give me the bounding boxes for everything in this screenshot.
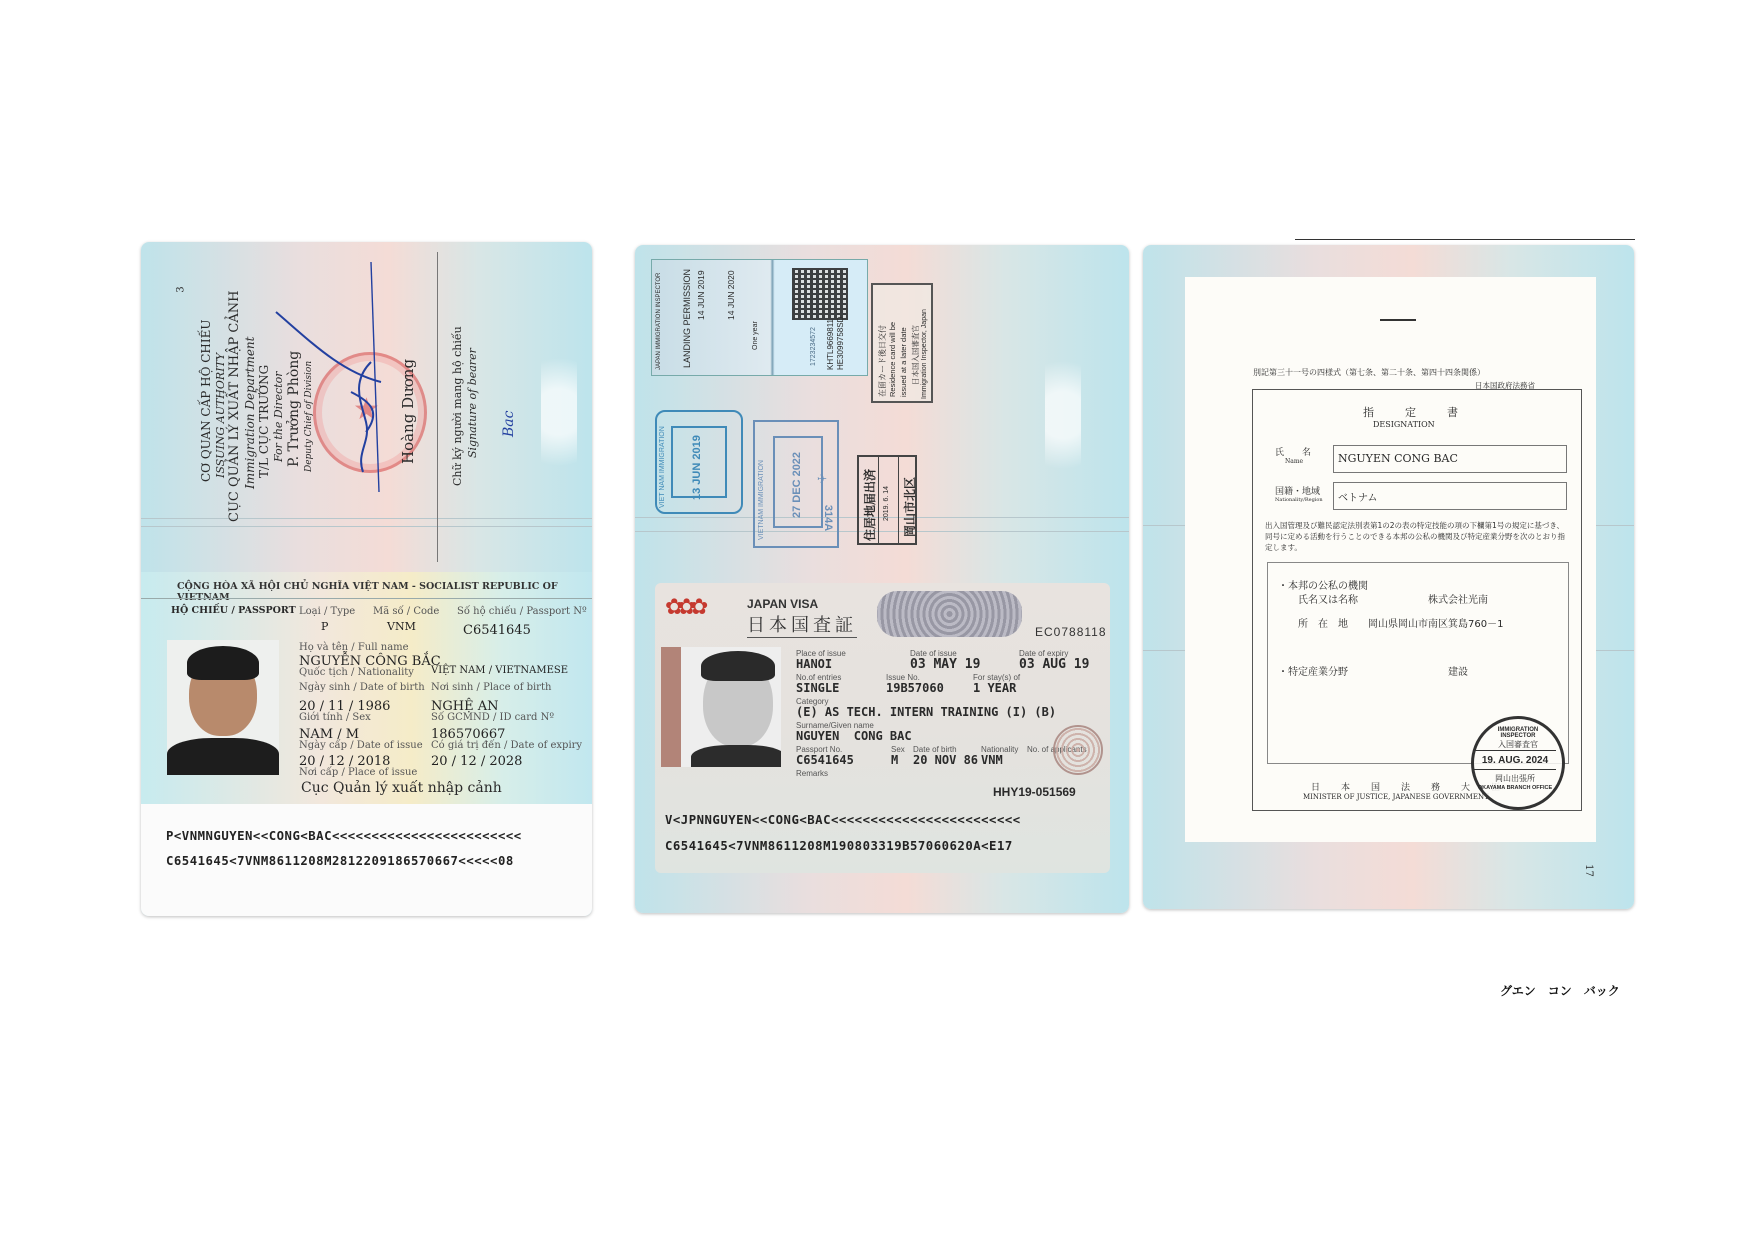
- issuing-authority-en: ISSUING AUTHORITY: [214, 353, 227, 478]
- passport-designation-page: 17 別記第三十一号の四様式（第七条、第二十条、第四十四条関係） 日本国政府法務…: [1143, 245, 1634, 909]
- residence-line-1: 在留カード後日交付: [877, 325, 888, 397]
- residence-line-3: issued at a later date: [899, 327, 908, 397]
- mrz-line-1: P<VNMNGUYEN<<CONG<BAC<<<<<<<<<<<<<<<<<<<…: [166, 829, 522, 843]
- org-address: 岡山県岡山市南区箕島760－1: [1368, 615, 1503, 630]
- code-value: VNM: [387, 620, 416, 633]
- vn-exit-stamp: VIET NAM IMMIGRATION 13 JUN 2019: [655, 410, 743, 514]
- nat-label-jp: 国籍・地域: [1275, 484, 1320, 497]
- place-of-issue: Cục Quản lý xuất nhập cảnh: [301, 780, 502, 796]
- decorative-cloud-icon: [1045, 340, 1081, 490]
- dob-label: Ngày sinh / Date of birth: [299, 682, 425, 693]
- visa-mrz-line-1: V<JPNNGUYEN<<CONG<BAC<<<<<<<<<<<<<<<<<<<…: [665, 813, 1021, 827]
- address-stamp-line-3: 岡山市北区: [901, 477, 918, 537]
- sticker-title: JAPAN IMMIGRATION INSPECTOR: [656, 273, 662, 370]
- stamp-jp: 入国審査官: [1474, 739, 1562, 750]
- stamp-office-en: OKAYAMA BRANCH OFFICE: [1474, 785, 1556, 791]
- designation-paragraph: 出入国管理及び難民認定法別表第1の2の表の特定技能の項の下欄第1号の規定に基づき…: [1265, 520, 1565, 553]
- issuing-authority-vi: CƠ QUAN CẤP HỘ CHIẾU: [199, 319, 213, 482]
- data-page: CỘNG HÒA XÃ HỘI CHỦ NGHĨA VIỆT NAM - SOC…: [141, 572, 592, 916]
- doe: 20 / 12 / 2028: [431, 754, 522, 769]
- mrz-zone: P<VNMNGUYEN<<CONG<BAC<<<<<<<<<<<<<<<<<<<…: [141, 804, 592, 916]
- holder-photo: [167, 640, 279, 775]
- issuing-authority-page: 3 ★ CƠ QUAN CẤP HỘ CHIẾU ISSUING AUTHORI…: [141, 242, 592, 572]
- hologram: [877, 591, 1022, 637]
- decorative-cloud-icon: [541, 337, 577, 487]
- org-heading: ・本邦の公私の機関: [1278, 577, 1368, 592]
- visa-stay: 1 YEAR: [973, 681, 1016, 695]
- visa-seal: [1053, 725, 1103, 775]
- visa-remarks-code: HHY19-051569: [993, 785, 1076, 799]
- designation-box: 指 定 書 DESIGNATION 氏 名 Name NGUYEN CONG B…: [1252, 389, 1582, 811]
- passport-stamps-visa-page: JAPAN IMMIGRATION INSPECTOR LANDING PERM…: [635, 245, 1129, 913]
- type-value: P: [321, 620, 328, 633]
- stamp-top: IMMIGRATION INSPECTOR: [1480, 727, 1556, 739]
- designation-document: 別記第三十一号の四様式（第七条、第二十条、第四十四条関係） 日本国政府法務省 指…: [1185, 277, 1596, 842]
- sticker-date-landing: 14 JUN 2019: [696, 270, 706, 320]
- japan-visa-sticker: ✿✿✿ JAPAN VISA 日本国査証 EC0788118 Place of …: [655, 583, 1110, 873]
- visa-issue-no: 19B57060: [886, 681, 944, 695]
- type-label: Loại / Type: [299, 606, 355, 617]
- sticker-date-until: 14 JUN 2020: [726, 270, 736, 320]
- director-vi: T/L CỤC TRƯỞNG: [257, 365, 271, 478]
- visa-mrz-line-2: C6541645<7VNM8611208M190803319B57060620A…: [665, 839, 1013, 853]
- address-stamp-line-2: 2019. 6. 14: [883, 486, 890, 521]
- pob-label: Nơi sinh / Place of birth: [431, 682, 551, 693]
- field-label: ・特定産業分野: [1278, 663, 1348, 678]
- visa-place: HANOI: [796, 657, 832, 671]
- name-field: NGUYEN CONG BAC: [1333, 445, 1567, 473]
- signer-name: Hoàng Dương: [399, 359, 417, 464]
- minister-en: MINISTER OF JUSTICE, JAPANESE GOVERNMENT: [1303, 793, 1489, 801]
- exit-stamp-header: VIET NAM IMMIGRATION: [659, 426, 666, 508]
- page-number: 3: [176, 286, 187, 292]
- department-vi: CỤC QUẢN LÝ XUẤT NHẬP CẢNH: [227, 291, 242, 522]
- org-addr-label: 所 在 地: [1298, 615, 1348, 630]
- code-label: Mã số / Code: [373, 606, 439, 617]
- entry-stamp-code: 314A: [822, 505, 834, 531]
- name-label-jp: 氏 名: [1275, 445, 1311, 458]
- visa-dob: 20 NOV 86: [913, 753, 978, 767]
- sex-label: Giới tính / Sex: [299, 712, 371, 723]
- vn-entry-stamp: VIETNAM IMMIGRATION 27 DEC 2022 314A ✈: [753, 420, 839, 548]
- qr-code-icon: [792, 268, 848, 320]
- nat-label-en: Nationality/Region: [1275, 497, 1323, 503]
- sticker-code-1: KHTL9669811: [826, 319, 835, 370]
- director-signature: [271, 262, 411, 492]
- top-rule: [1295, 239, 1635, 240]
- landing-permission-sticker: JAPAN IMMIGRATION INSPECTOR LANDING PERM…: [651, 259, 868, 376]
- bearer-signature-label-en: Signature of bearer: [466, 348, 479, 458]
- dash-mark: [1380, 319, 1416, 321]
- title-en: DESIGNATION: [1373, 420, 1435, 429]
- visa-title-en: JAPAN VISA: [747, 597, 818, 611]
- form-reference: 別記第三十一号の四様式（第七条、第二十条、第四十四条関係）: [1253, 367, 1485, 378]
- bearer-signature: Bac: [501, 411, 517, 437]
- residence-line-4: 日本国入国審査官: [910, 325, 921, 385]
- passport-number: C6541645: [463, 623, 531, 638]
- org-name-label: 氏名又は名称: [1298, 591, 1358, 606]
- nationality-field: ベトナム: [1333, 482, 1567, 510]
- country-header: CỘNG HÒA XÃ HỘI CHỦ NGHĨA VIỆT NAM - SOC…: [177, 581, 592, 603]
- doe-label: Có giá trị đến / Date of expiry: [431, 740, 582, 751]
- passport-vietnam-page: 3 ★ CƠ QUAN CẤP HỘ CHIẾU ISSUING AUTHORI…: [141, 242, 592, 916]
- name-value: NGUYEN CONG BAC: [1338, 452, 1458, 465]
- passport-label: HỘ CHIẾU / PASSPORT: [171, 605, 296, 616]
- address-registration-stamp: 住居地届出済 2019. 6. 14 岡山市北区: [857, 455, 917, 545]
- visa-photo: [661, 647, 781, 767]
- visa-number: EC0788118: [1035, 625, 1107, 639]
- name-label-en: Name: [1285, 458, 1303, 465]
- nat-value: ベトナム: [1338, 489, 1378, 504]
- entry-stamp-header: VIETNAM IMMIGRATION: [758, 460, 765, 540]
- field-value: 建設: [1448, 663, 1468, 678]
- visa-doe: 03 AUG 19: [1019, 657, 1089, 672]
- department-en: Immigration Department: [243, 337, 257, 489]
- immigration-inspector-stamp: IMMIGRATION INSPECTOR 入国審査官 19. AUG. 202…: [1471, 716, 1565, 810]
- visa-title-jp: 日本国査証: [747, 611, 857, 638]
- visa-sex: M: [891, 753, 898, 767]
- poi-label: Nơi cấp / Place of issue: [299, 767, 417, 778]
- fullname-label: Họ và tên / Full name: [299, 642, 409, 653]
- cherry-blossom-icon: ✿✿✿: [665, 595, 702, 620]
- sticker-code-2: HE3099758SD: [836, 317, 845, 370]
- bearer-signature-label-vi: Chữ ký người mang hộ chiếu: [451, 326, 464, 486]
- page-number: 17: [1583, 864, 1594, 877]
- id-label: Số GCMND / ID card Nº: [431, 712, 554, 723]
- sticker-duration: One year: [752, 321, 759, 350]
- stamp-date: 19. AUG. 2024: [1474, 755, 1556, 766]
- exit-stamp-date: 13 JUN 2019: [691, 435, 703, 500]
- nationality: VIỆT NAM / VIETNAMESE: [431, 665, 568, 676]
- divider: [437, 252, 438, 562]
- mrz-line-2: C6541645<7VNM8611208M2812209186570667<<<…: [166, 854, 514, 868]
- visa-passport: C6541645: [796, 753, 854, 767]
- stamp-office-jp: 岡山出張所: [1474, 773, 1556, 784]
- katakana-name: グエン コン バック: [1500, 982, 1620, 999]
- visa-remarks-label: Remarks: [796, 769, 828, 778]
- residence-card-stamp: 在留カード後日交付 Residence card will be issued …: [871, 283, 933, 403]
- entry-stamp-date: 27 DEC 2022: [791, 452, 803, 518]
- address-stamp-line-1: 住居地届出済: [861, 469, 878, 541]
- doi-label: Ngày cấp / Date of issue: [299, 740, 423, 751]
- sticker-permission: LANDING PERMISSION: [682, 269, 692, 368]
- nationality-label: Quốc tịch / Nationality: [299, 667, 414, 678]
- number-label: Số hộ chiếu / Passport Nº: [457, 606, 587, 617]
- title-jp: 指 定 書: [1363, 404, 1468, 420]
- visa-doi: 03 MAY 19: [910, 657, 980, 672]
- residence-line-2: Residence card will be: [888, 322, 897, 397]
- org-name: 株式会社光南: [1428, 591, 1488, 606]
- visa-category: (E) AS TECH. INTERN TRAINING (I) (B): [796, 705, 1056, 719]
- airplane-icon: ✈: [817, 472, 827, 486]
- visa-entries: SINGLE: [796, 681, 839, 695]
- sticker-serial: 1723234572: [810, 327, 817, 366]
- residence-line-5: Immigration Inspector, Japan: [921, 309, 928, 399]
- visa-nat: VNM: [981, 753, 1003, 767]
- visa-name: NGUYEN CONG BAC: [796, 729, 912, 743]
